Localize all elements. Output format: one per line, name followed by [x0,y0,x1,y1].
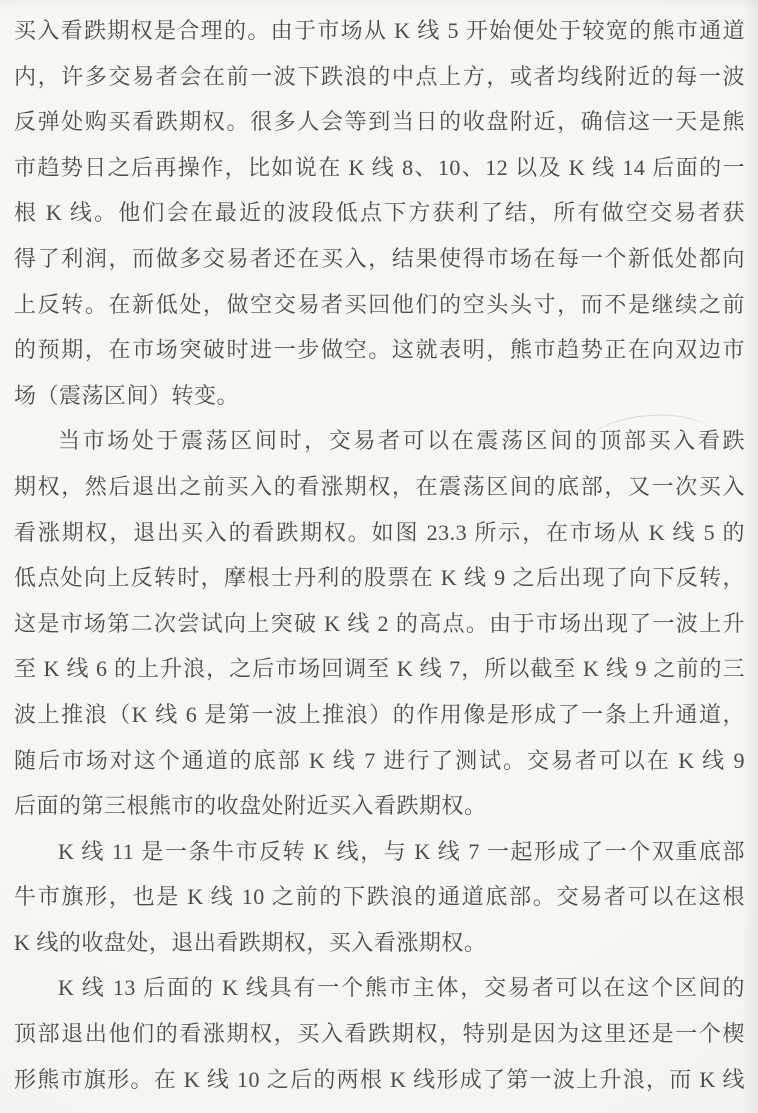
text-line: 波上推浪（K 线 6 是第一波上推浪）的作用像是形成了一条上升通道， [14,692,745,738]
text-line: 的预期，在市场突破时进一步做空。这就表明，熊市趋势正在向双边市 [14,327,745,373]
text-line: 期权，然后退出之前买入的看涨期权，在震荡区间的底部，又一次买入 [14,464,745,510]
text-line: 场（震荡区间）转变。 [14,373,745,419]
book-page: 买入看跌期权是合理的。由于市场从 K 线 5 开始便处于较宽的熊市通道内，许多交… [0,0,758,1113]
text-line: 这是市场第二次尝试向上突破 K 线 2 的高点。由于市场出现了一波上升 [14,601,745,647]
text-line: 当市场处于震荡区间时，交易者可以在震荡区间的顶部买入看跌 [14,418,745,464]
text-line: 买入看跌期权是合理的。由于市场从 K 线 5 开始便处于较宽的熊市通道 [14,8,745,54]
text-line: 根 K 线。他们会在最近的波段低点下方获利了结，所有做空交易者获 [14,190,745,236]
text-line: 反弹处购买看跌期权。很多人会等到当日的收盘附近，确信这一天是熊 [14,99,745,145]
text-line: 市趋势日之后再操作，比如说在 K 线 8、10、12 以及 K 线 14 后面的… [14,145,745,191]
text-line: 看涨期权，退出买入的看跌期权。如图 23.3 所示，在市场从 K 线 5 的 [14,510,745,556]
text-line: 内，许多交易者会在前一波下跌浪的中点上方，或者均线附近的每一波 [14,54,745,100]
text-line: K 线的收盘处，退出看跌期权，买入看涨期权。 [14,920,745,966]
text-line: K 线 13 后面的 K 线具有一个熊市主体，交易者可以在这个区间的 [14,965,745,1011]
text-line: 牛市旗形，也是 K 线 10 之前的下跌浪的通道底部。交易者可以在这根 [14,874,745,920]
body-text: 买入看跌期权是合理的。由于市场从 K 线 5 开始便处于较宽的熊市通道内，许多交… [14,8,745,1102]
text-line: 后面的第三根熊市的收盘处附近买入看跌期权。 [14,783,745,829]
text-line: 随后市场对这个通道的底部 K 线 7 进行了测试。交易者可以在 K 线 9 [14,738,745,784]
text-line: 得了利润，而做多交易者还在买入，结果使得市场在每一个新低处都向 [14,236,745,282]
text-line: 低点处向上反转时，摩根士丹利的股票在 K 线 9 之后出现了向下反转， [14,555,745,601]
text-line: K 线 11 是一条牛市反转 K 线，与 K 线 7 一起形成了一个双重底部 [14,829,745,875]
text-line: 形熊市旗形。在 K 线 10 之后的两根 K 线形成了第一波上升浪，而 K 线 [14,1057,745,1103]
text-line: 上反转。在新低处，做空交易者买回他们的空头头寸，而不是继续之前 [14,282,745,328]
text-line: 顶部退出他们的看涨期权，买入看跌期权，特别是因为这里还是一个楔 [14,1011,745,1057]
text-line: 至 K 线 6 的上升浪，之后市场回调至 K 线 7，所以截至 K 线 9 之前… [14,646,745,692]
